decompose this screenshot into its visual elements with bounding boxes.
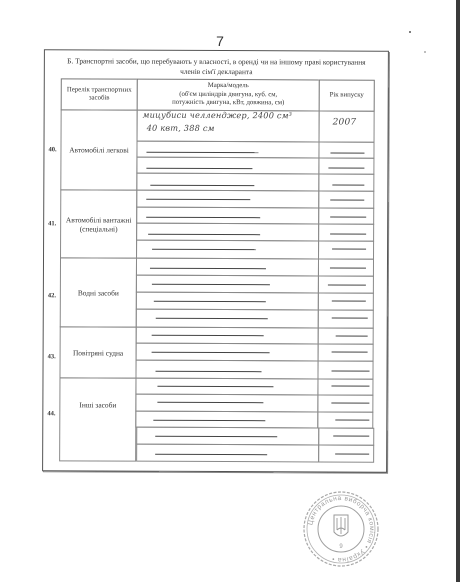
- section-title: Б. Транспортні засоби, що перебувають у …: [45, 56, 388, 76]
- year-cell: [317, 378, 373, 395]
- header-category-line2: засобів: [67, 94, 132, 103]
- scan-speck: [424, 51, 426, 53]
- row-number-40: 40.: [48, 146, 56, 153]
- header-category: Перелік транспортнихзасобів: [61, 78, 138, 110]
- empty-dash: [328, 167, 364, 168]
- category-label-42: Водні засоби: [60, 257, 137, 327]
- empty-dash: [336, 336, 368, 337]
- handwritten-model-line2: 40 квт, 388 см: [147, 123, 215, 133]
- page-number: 7: [0, 33, 440, 49]
- empty-dash: [330, 217, 366, 218]
- empty-dash: [330, 267, 366, 268]
- model-cell: [136, 223, 319, 242]
- empty-dash: [331, 403, 369, 404]
- header-category-line1: Перелік транспортних: [67, 86, 132, 95]
- official-stamp: Центральна виборча комісія • Україна • 9: [302, 490, 380, 568]
- stamp-seal-icon: Центральна виборча комісія • Україна • 9: [302, 490, 380, 568]
- year-cell: [318, 157, 374, 174]
- category-label-41: Автомобілі вантажні(спеціальні): [60, 189, 137, 258]
- empty-dash: [333, 436, 369, 437]
- year-cell: [318, 240, 374, 259]
- vehicles-table: Перелік транспортнихзасобів Марка/модель…: [61, 78, 375, 79]
- row-number-43: 43.: [48, 353, 56, 360]
- empty-dash: [335, 454, 369, 455]
- year-cell: [318, 309, 374, 328]
- row-number-44: 44.: [47, 410, 55, 417]
- model-cell: [136, 173, 319, 192]
- header-year: Рік випуску: [319, 79, 375, 111]
- row-number-42: 42.: [48, 292, 56, 299]
- handwritten-model-line1: мицубиси челленджер, 2400 см³: [143, 110, 293, 121]
- empty-dash: [328, 284, 366, 285]
- empty-dash: [335, 420, 369, 421]
- category-label-41-line1: Автомобілі вантажні: [66, 215, 131, 224]
- empty-dash: [330, 153, 364, 154]
- header-model: Марка/модель(об'єм циліндрів двигуна, ку…: [137, 79, 320, 112]
- row-number-41: 41.: [48, 220, 56, 227]
- empty-dash: [331, 386, 369, 387]
- model-cell: [135, 360, 318, 380]
- empty-dash: [332, 249, 366, 250]
- empty-dash: [332, 185, 364, 186]
- section-title-line1: Б. Транспортні засоби, що перебувають у …: [45, 56, 388, 67]
- year-cell: [318, 173, 374, 191]
- empty-dash: [332, 371, 370, 372]
- section-title-line2: членів сім'ї декларанта: [45, 66, 388, 77]
- year-cell: [318, 141, 374, 158]
- svg-text:9: 9: [339, 544, 343, 550]
- category-label-41-line2: (спеціальні): [66, 224, 131, 233]
- empty-dash: [330, 200, 364, 201]
- empty-dash: [330, 233, 366, 234]
- page-edge: [456, 0, 460, 582]
- category-label-43: Повітряні судна: [59, 326, 136, 378]
- empty-dash: [332, 301, 366, 302]
- year-cell: [318, 223, 374, 241]
- empty-dash: [332, 318, 368, 319]
- category-label-44: Інші засоби: [59, 377, 136, 432]
- header-model-line3: потужність двигуна, кВт, довжина, см): [172, 99, 284, 108]
- handwritten-year: 2007: [333, 118, 357, 128]
- category-label-40: Автомобілі легкові: [60, 109, 137, 190]
- empty-dash: [332, 352, 368, 353]
- scan-speck: [409, 31, 411, 33]
- vehicles-section-frame: Б. Транспортні засоби, що перебувають у …: [42, 49, 389, 473]
